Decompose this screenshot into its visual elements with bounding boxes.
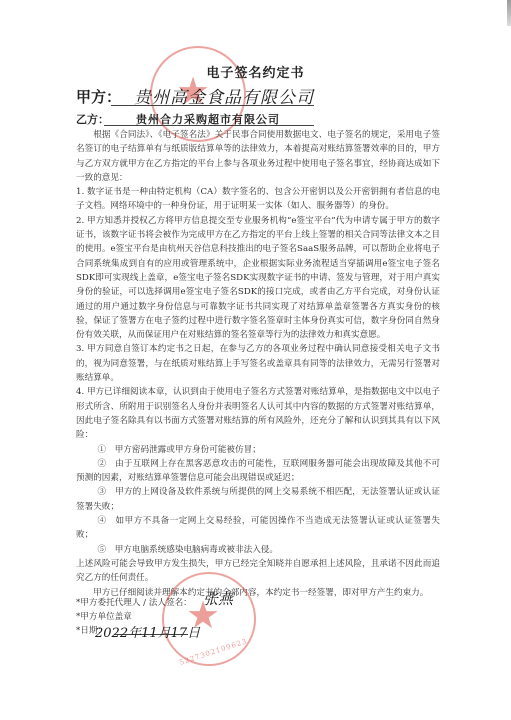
party-a-handwritten-name: 贵州高金食品有限公司 bbox=[134, 83, 314, 108]
seal-label: *甲方单位盖章 bbox=[76, 610, 132, 622]
risk-item-5: ⑤ 甲方电脑系统感染电脑病毒或被非法入侵。 bbox=[76, 543, 440, 557]
risk-item-1: ① 甲方密码泄露或甲方身份可能被仿冒； bbox=[76, 443, 440, 457]
clause-1: 1. 数字证书是一种由特定机构（CA）数字签名的、包含公开密钥以及公开密钥拥有者… bbox=[76, 185, 440, 214]
risk-item-4: ④ 如甲方不具备一定网上交易经验，可能因操作不当造成无法签署认证或认证签署失败； bbox=[76, 514, 440, 543]
party-b: 乙方： 贵州合力采购超市有限公司 bbox=[76, 111, 109, 127]
closing-paragraph: 上述风险可能会导致甲方发生损失，甲方已经完全知晓并自愿承担上述风险，且承诺不因此… bbox=[76, 557, 440, 586]
document-title: 电子签名约定书 bbox=[0, 62, 511, 81]
document-body: 根据《合同法》、《电子签名法》关于民事合同使用数据电文、电子签名的规定，采用电子… bbox=[76, 128, 440, 600]
agent-signature-label: *甲方委托代理人 / 法人签名： bbox=[76, 596, 192, 608]
agent-signature: 张燕 bbox=[203, 588, 233, 609]
clause-4: 4. 甲方已详细阅读本章，认识到由于使用电子签名方式签署对账结算单，是指数据电文… bbox=[76, 385, 440, 442]
intro-paragraph: 根据《合同法》、《电子签名法》关于民事合同使用数据电文、电子签名的规定，采用电子… bbox=[76, 128, 440, 185]
party-a-label: 甲方： bbox=[76, 86, 121, 107]
clause-2: 2. 甲方知悉并授权乙方将甲方信息提交至专业服务机构“e签宝平台”代为申请专属于… bbox=[76, 214, 440, 343]
clause-3: 3. 甲方同意自签订本约定书之日起，在参与乙方的各项业务过程中确认同意接受相关电… bbox=[76, 342, 440, 385]
page-edge-shadow bbox=[507, 0, 511, 26]
party-a: 甲方： 贵州高金食品有限公司 bbox=[76, 86, 121, 107]
risk-item-3: ③ 甲方的上网设备及软件系统与所提供的网上交易系统不相匹配，无法签署认证或认证签… bbox=[76, 485, 440, 514]
handwritten-date: 2022年11月17日 bbox=[95, 622, 200, 641]
party-b-name: 贵州合力采购超市有限公司 bbox=[136, 111, 280, 127]
risk-item-2: ② 由于互联网上存在黑客恶意攻击的可能性，互联网服务器可能会出现故障及其他不可预… bbox=[76, 457, 440, 486]
